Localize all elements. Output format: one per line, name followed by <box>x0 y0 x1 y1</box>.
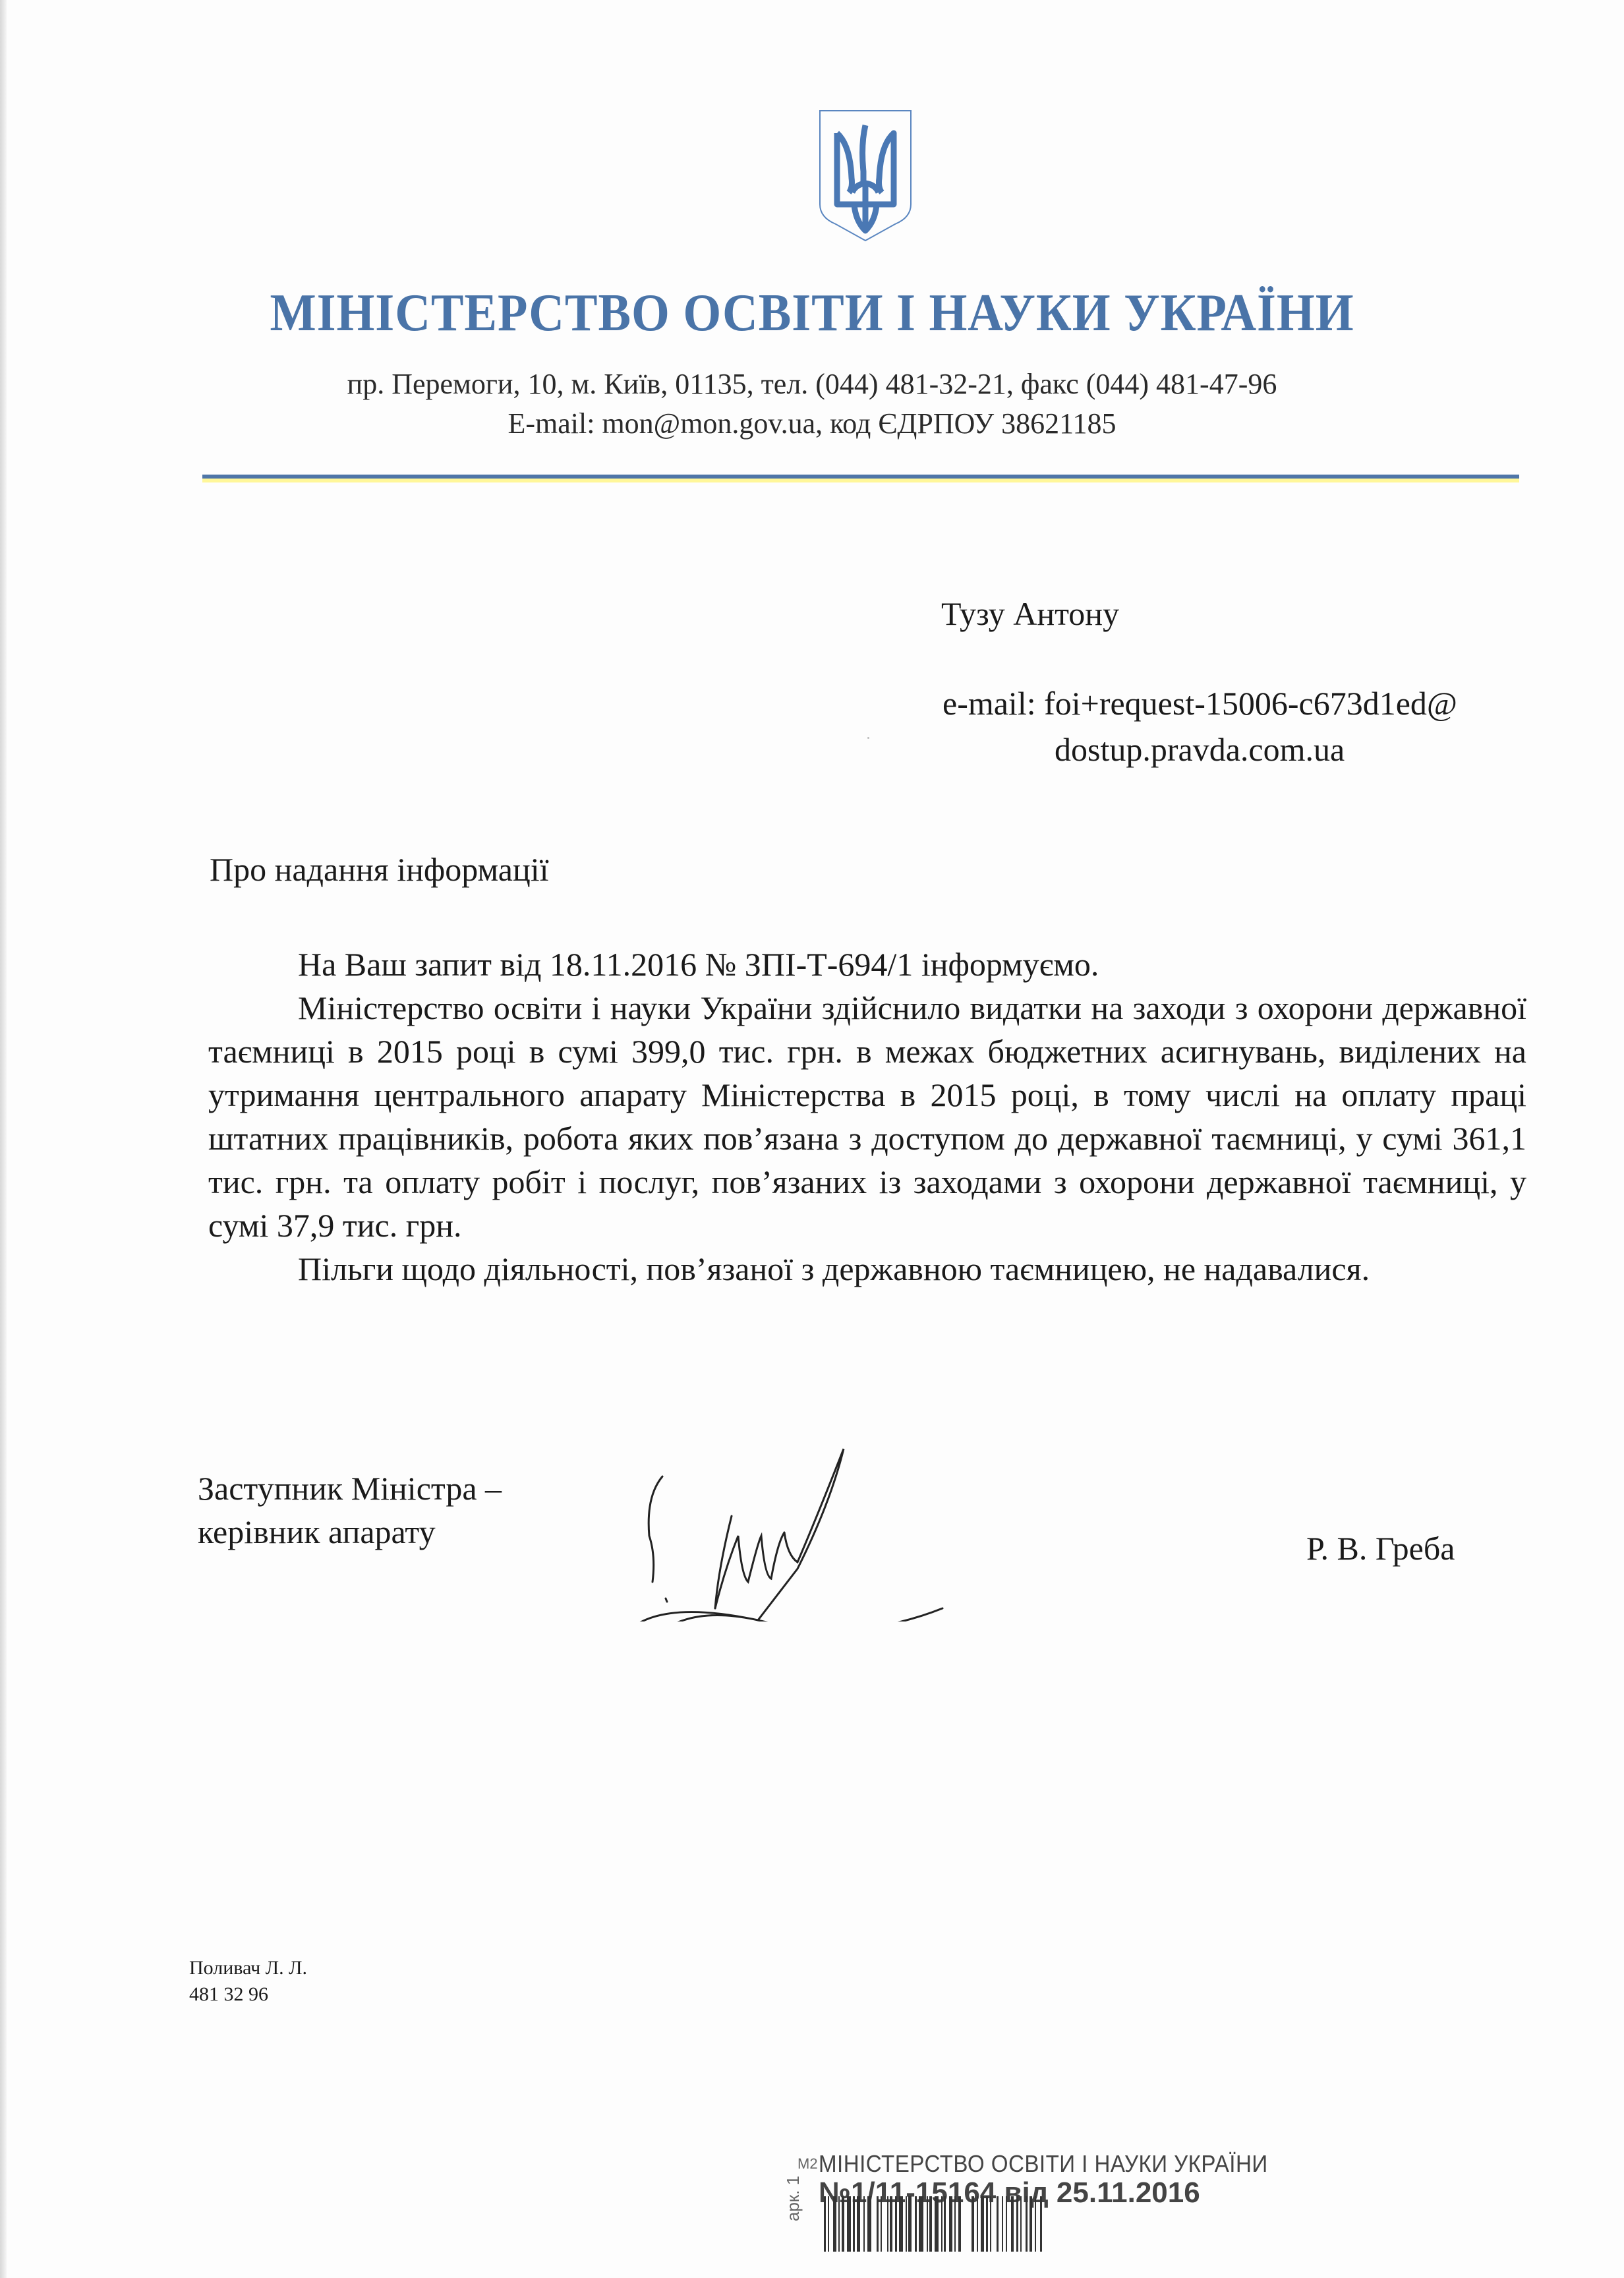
registration-stamp: М2 МІНІСТЕРСТВО ОСВІТИ І НАУКИ УКРАЇНИ №… <box>778 2136 1305 2278</box>
body-paragraph-benefits: Пільги щодо діяльності, пов’язаної з дер… <box>208 1247 1526 1291</box>
handwritten-signature <box>540 1437 1239 1621</box>
coat-of-arms-trident-icon <box>816 105 915 244</box>
stamp-organization: МІНІСТЕРСТВО ОСВІТИ І НАУКИ УКРАЇНИ <box>819 2150 1268 2178</box>
body-paragraph-request: На Ваш запит від 18.11.2016 № ЗПІ-Т-694/… <box>208 943 1526 986</box>
body-paragraph-expenses: Міністерство освіти і науки України здій… <box>208 986 1526 1247</box>
recipient-email-line2: dostup.pravda.com.ua <box>1055 730 1345 769</box>
header-rule-yellow <box>202 479 1519 482</box>
executor-phone: 481 32 96 <box>189 1981 307 2008</box>
executor-name: Поливач Л. Л. <box>189 1955 307 1981</box>
recipient-name: Тузу Антону <box>941 595 1119 633</box>
barcode-icon <box>824 2196 1061 2252</box>
scan-speck <box>867 737 869 739</box>
letter-subject: Про надання інформації <box>210 850 549 889</box>
executor-info: Поливач Л. Л. 481 32 96 <box>189 1955 307 2008</box>
ministry-address: пр. Перемоги, 10, м. Київ, 01135, тел. (… <box>0 367 1624 401</box>
stamp-code: М2 <box>797 2155 818 2173</box>
recipient-email-line1: e-mail: foi+request-15006-c673d1ed@ <box>942 684 1457 722</box>
signer-position-line2: керівник апарату <box>198 1510 502 1554</box>
signer-name: Р. В. Греба <box>1306 1529 1455 1567</box>
letter-body: На Ваш запит від 18.11.2016 № ЗПІ-Т-694/… <box>208 943 1526 1291</box>
scan-edge-shadow <box>0 0 7 2278</box>
signer-position: Заступник Міністра – керівник апарату <box>198 1467 502 1554</box>
signer-position-line1: Заступник Міністра – <box>198 1467 502 1510</box>
stamp-sheet-count: арк. 1 <box>783 2176 803 2221</box>
ministry-contacts: E-mail: mon@mon.gov.ua, код ЄДРПОУ 38621… <box>0 407 1624 440</box>
ministry-title: МІНІСТЕРСТВО ОСВІТИ І НАУКИ УКРАЇНИ <box>57 283 1567 343</box>
